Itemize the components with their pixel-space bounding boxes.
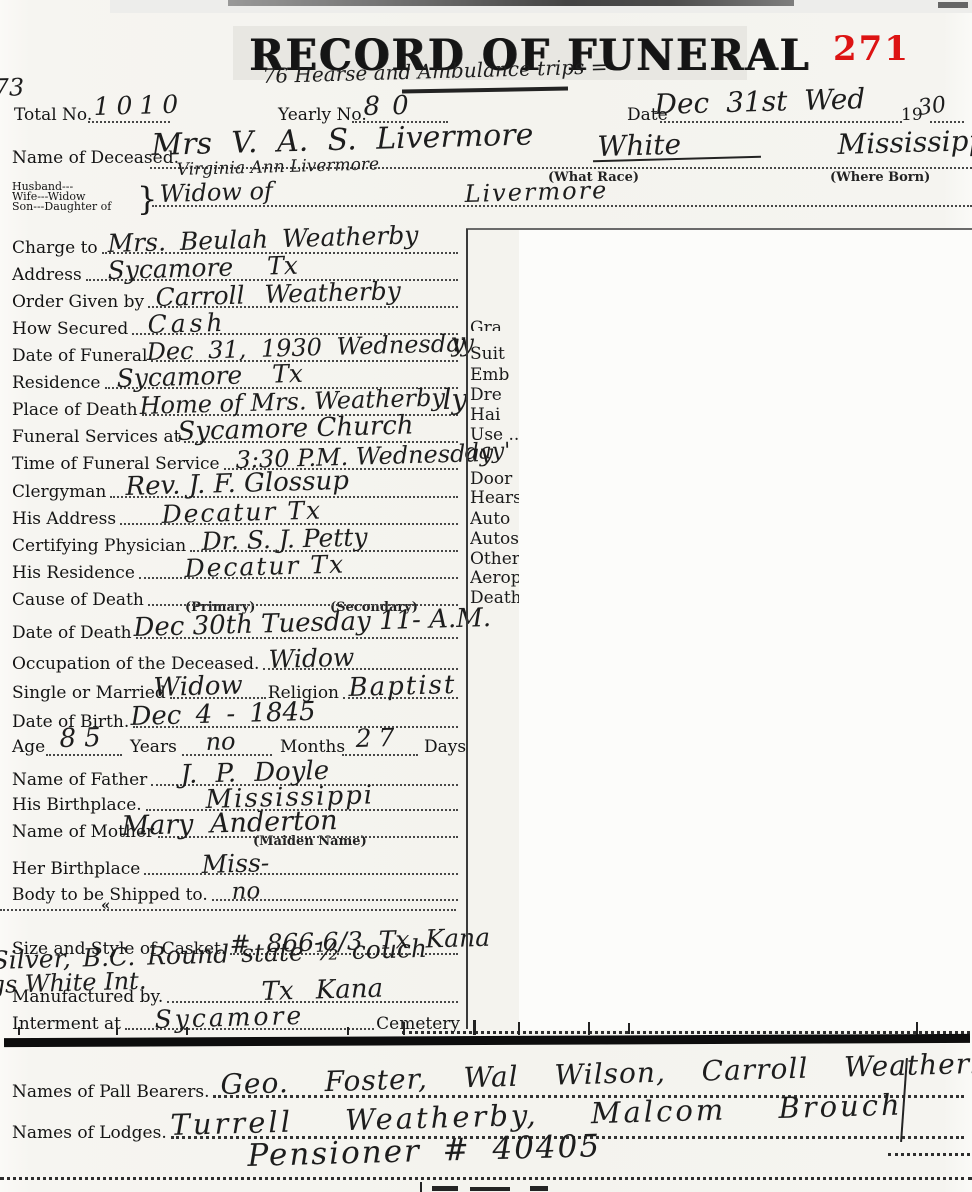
field-label: Body to be Shipped to. (12, 885, 208, 905)
form-row: Her Birthplace Miss- (12, 853, 460, 879)
field-label: Residence (12, 373, 101, 393)
relation-brace: } (137, 180, 157, 218)
relation-value2: Livermore (464, 176, 608, 208)
top-cutoff-text-strip (228, 0, 794, 6)
cutoff-text-mark (470, 1187, 510, 1191)
right-column-partial-label: Suit (470, 344, 522, 364)
tick-mark (588, 1022, 590, 1035)
dotted-leader: no (212, 898, 458, 901)
relation-line3: Son---Daughter of (12, 200, 111, 213)
field-value: Widow (153, 671, 243, 703)
right-column-partial-label: Aerop (470, 568, 522, 588)
form-row: Body to be Shipped to. no (12, 879, 460, 905)
field-value: Cash (147, 308, 227, 339)
field-value: Mary Anderton (121, 805, 338, 842)
right-column-partial-label: Death (470, 588, 522, 608)
section-divider-bar (4, 1034, 970, 1047)
dotted-leader: Carroll Weatherby (148, 305, 458, 308)
column-rule (466, 229, 468, 1029)
full-name-note: Virginia Ann Livermore (176, 154, 379, 180)
dotted-leader: Mary Anderton (158, 835, 458, 838)
field-label: Single or Married (12, 683, 166, 703)
form-row: Date of Birth. Dec 4 - 1845 (12, 704, 460, 732)
tick-mark (420, 1182, 422, 1192)
field-value: Baptist (348, 670, 457, 703)
field-label: His Residence (12, 563, 135, 583)
dotted-leader: Baptist (343, 696, 458, 699)
field-label: Name of Father (12, 770, 147, 790)
field-value: Miss- (201, 848, 269, 879)
right-edge-dots (888, 1152, 970, 1156)
form-row: His Residence Decatur Tx (12, 557, 460, 583)
right-column-partial-label: Door (470, 469, 522, 489)
born-caption: (Where Born) (830, 170, 930, 185)
tick-mark (916, 1022, 918, 1035)
right-column-partial-label: Hearse (470, 488, 522, 508)
dotted-leader: Dec 30th Tuesday 11- A.M. (136, 636, 458, 639)
field-value: Carroll Weatherby (155, 276, 401, 312)
field-label: Address (12, 265, 82, 285)
handwriting-fragment: ly (442, 382, 468, 416)
tick-mark (186, 1027, 188, 1035)
dotted-leader: Miss- (144, 872, 458, 875)
date-value: Dec 31st Wed (654, 82, 866, 121)
right-column-partial-label: Gra (470, 318, 522, 331)
field-label: Date of Birth. (12, 712, 129, 732)
tick-mark (116, 1027, 118, 1035)
months-label: Months (280, 737, 345, 757)
field-label: Her Birthplace (12, 859, 140, 879)
tick-mark (473, 1020, 476, 1035)
tick-mark (628, 1023, 630, 1034)
yearly-no-value: 80 (363, 90, 421, 122)
field-value: Widow (269, 643, 355, 674)
form-row: Name of Mother Mary Anderton (12, 816, 460, 842)
page-number: 271 (833, 29, 910, 69)
relation-value1: Widow of (159, 177, 273, 208)
tick-mark (18, 1027, 20, 1035)
field-label: Order Given by (12, 292, 144, 312)
total-no-value: 1010 (93, 89, 185, 121)
age-label: Age (12, 737, 45, 757)
right-column-partial-label: Hai (470, 405, 522, 425)
cemetery-label: Cemetery (376, 1014, 460, 1034)
dotted-leader: Dec 4 - 1845 (133, 725, 458, 728)
column-rule-top (466, 228, 972, 230)
year-written: 30 (917, 92, 948, 121)
field-label: Cause of Death (12, 590, 144, 610)
total-no-label: Total No. (14, 105, 92, 125)
right-column-partial-label: Autos (470, 529, 522, 549)
field-label: Charge to (12, 238, 98, 258)
field-value: Sycamore (154, 1001, 304, 1034)
blank-paper-overlay (519, 230, 972, 1030)
years-label: Years (130, 737, 177, 757)
age-dots (46, 753, 122, 756)
right-column-partial-label: Other (470, 549, 522, 569)
handwriting-fragment: y (450, 328, 466, 358)
pall-bearers-label: Names of Pall Bearers. (12, 1082, 209, 1102)
field-label: Interment at (12, 1014, 121, 1034)
tick-mark (347, 1027, 349, 1035)
field-label: Certifying Physician (12, 536, 186, 556)
dotted-leader: Sycamore (125, 1027, 374, 1030)
cutoff-text-mark (530, 1186, 548, 1191)
dotted-leader: Widow (263, 667, 458, 670)
blank-dotted-line (0, 908, 456, 911)
funeral-record-scan: RECORD OF FUNERAL 271 76 Hearse and Ambu… (0, 0, 972, 1192)
cutoff-text-mark (432, 1186, 458, 1191)
bottom-dotted-line (0, 1176, 972, 1180)
field-label: His Address (12, 509, 116, 529)
form-row: Date of Death Dec 30th Tuesday 11- A.M. (12, 615, 460, 643)
dotted-leader: Decatur Tx (139, 576, 458, 579)
tick-mark (403, 1022, 405, 1035)
tick-mark (518, 1022, 520, 1035)
right-column-partial-label: Emb (470, 365, 522, 385)
field-label: Place of Death (12, 400, 138, 420)
field-label: How Secured (12, 319, 128, 339)
margin-mark: 73 (0, 73, 25, 102)
handwriting-fragment: day' (464, 439, 517, 465)
field-value: Decatur Tx (184, 550, 345, 583)
field-label: Date of Death (12, 623, 132, 643)
field-value: Dec 4 - 1845 (130, 697, 316, 732)
field-label: Clergyman (12, 482, 106, 502)
born-value: Mississippi (837, 124, 972, 161)
days-dots (342, 753, 418, 756)
field-label: Funeral Services at (12, 427, 180, 447)
form-row: Order Given by Carroll Weatherby (12, 286, 460, 312)
right-column-partial-label: Dre (470, 385, 522, 405)
form-row: Interment at Sycamore Cemetery (12, 1008, 460, 1034)
date-dots (660, 120, 902, 123)
days-label: Days (424, 737, 466, 757)
field-value: no (231, 878, 260, 905)
field-label: Manufactured by. (12, 987, 163, 1007)
top-right-mark (938, 2, 968, 8)
note-underline (402, 87, 568, 94)
year-dots (930, 120, 964, 123)
lodges-label: Names of Lodges. (12, 1123, 167, 1143)
right-column-partial-label: Auto (470, 509, 522, 529)
